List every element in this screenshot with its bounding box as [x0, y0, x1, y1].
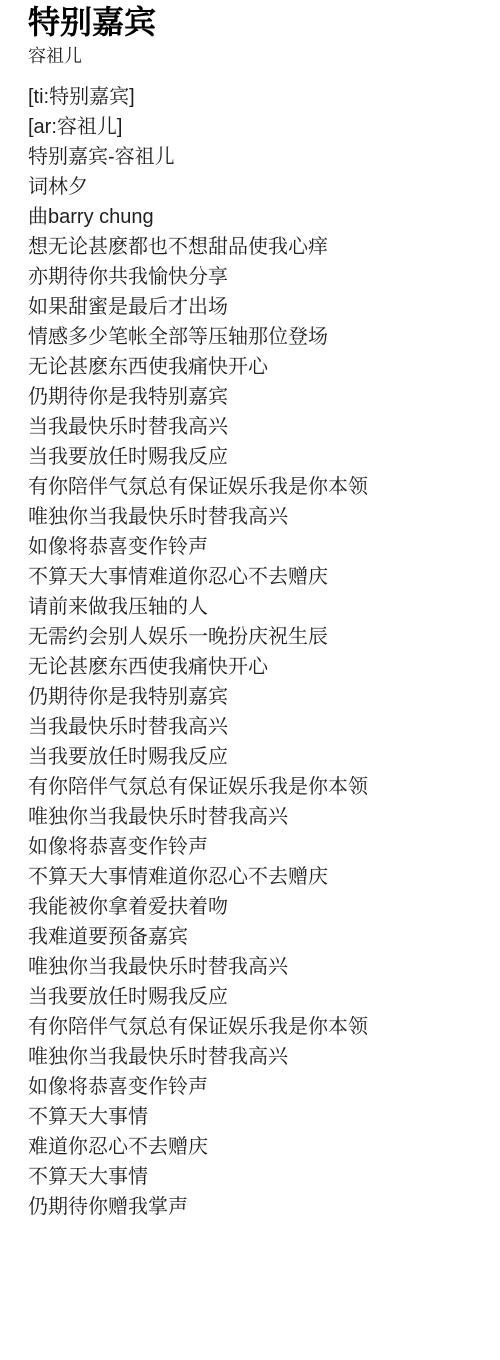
lyric-line: 唯独你当我最快乐时替我高兴: [28, 802, 488, 832]
lyric-line: 如果甜蜜是最后才出场: [28, 292, 488, 322]
lyric-line: [ti:特别嘉宾]: [28, 82, 488, 112]
lyric-line: 有你陪伴气氛总有保证娱乐我是你本领: [28, 1012, 488, 1042]
lyric-line: 唯独你当我最快乐时替我高兴: [28, 952, 488, 982]
lyric-line: 情感多少笔帐全部等压轴那位登场: [28, 322, 488, 352]
lyric-line: 亦期待你共我愉快分享: [28, 262, 488, 292]
song-title: 特别嘉宾: [28, 3, 488, 41]
lyric-line: [ar:容祖儿]: [28, 112, 488, 142]
artist-name: 容祖儿: [28, 46, 488, 66]
lyric-line: 想无论甚麽都也不想甜品使我心痒: [28, 232, 488, 262]
lyric-line: 当我要放任时赐我反应: [28, 442, 488, 472]
lyric-line: 我能被你拿着爱扶着吻: [28, 892, 488, 922]
lyric-line: 当我最快乐时替我高兴: [28, 712, 488, 742]
lyric-line: 特别嘉宾-容祖儿: [28, 142, 488, 172]
lyric-line: 仍期待你赠我掌声: [28, 1192, 488, 1222]
lyric-line: 不算天大事情难道你忍心不去赠庆: [28, 862, 488, 892]
lyrics-container: [ti:特别嘉宾][ar:容祖儿]特别嘉宾-容祖儿词林夕曲barry chung…: [28, 82, 488, 1222]
lyric-line: 当我最快乐时替我高兴: [28, 412, 488, 442]
lyric-line: 如像将恭喜变作铃声: [28, 832, 488, 862]
lyric-line: 无论甚麽东西使我痛快开心: [28, 652, 488, 682]
lyric-line: 不算天大事情: [28, 1102, 488, 1132]
lyric-line: 如像将恭喜变作铃声: [28, 1072, 488, 1102]
lyric-line: 有你陪伴气氛总有保证娱乐我是你本领: [28, 772, 488, 802]
page-header: 特别嘉宾 容祖儿: [28, 3, 488, 66]
lyric-line: 当我要放任时赐我反应: [28, 982, 488, 1012]
lyric-line: 仍期待你是我特别嘉宾: [28, 382, 488, 412]
lyric-line: 不算天大事情: [28, 1162, 488, 1192]
lyric-line: 仍期待你是我特别嘉宾: [28, 682, 488, 712]
lyric-line: 请前来做我压轴的人: [28, 592, 488, 622]
lyric-line: 当我要放任时赐我反应: [28, 742, 488, 772]
lyric-line: 无需约会别人娱乐一晚扮庆祝生辰: [28, 622, 488, 652]
lyric-line: 唯独你当我最快乐时替我高兴: [28, 1042, 488, 1072]
lyric-line: 唯独你当我最快乐时替我高兴: [28, 502, 488, 532]
lyric-line: 无论甚麽东西使我痛快开心: [28, 352, 488, 382]
lyric-line: 我难道要预备嘉宾: [28, 922, 488, 952]
lyrics-page: 特别嘉宾 容祖儿 [ti:特别嘉宾][ar:容祖儿]特别嘉宾-容祖儿词林夕曲ba…: [0, 0, 500, 1222]
lyric-line: 词林夕: [28, 172, 488, 202]
lyric-line: 曲barry chung: [28, 202, 488, 232]
lyric-line: 有你陪伴气氛总有保证娱乐我是你本领: [28, 472, 488, 502]
lyric-line: 难道你忍心不去赠庆: [28, 1132, 488, 1162]
lyric-line: 如像将恭喜变作铃声: [28, 532, 488, 562]
lyric-line: 不算天大事情难道你忍心不去赠庆: [28, 562, 488, 592]
